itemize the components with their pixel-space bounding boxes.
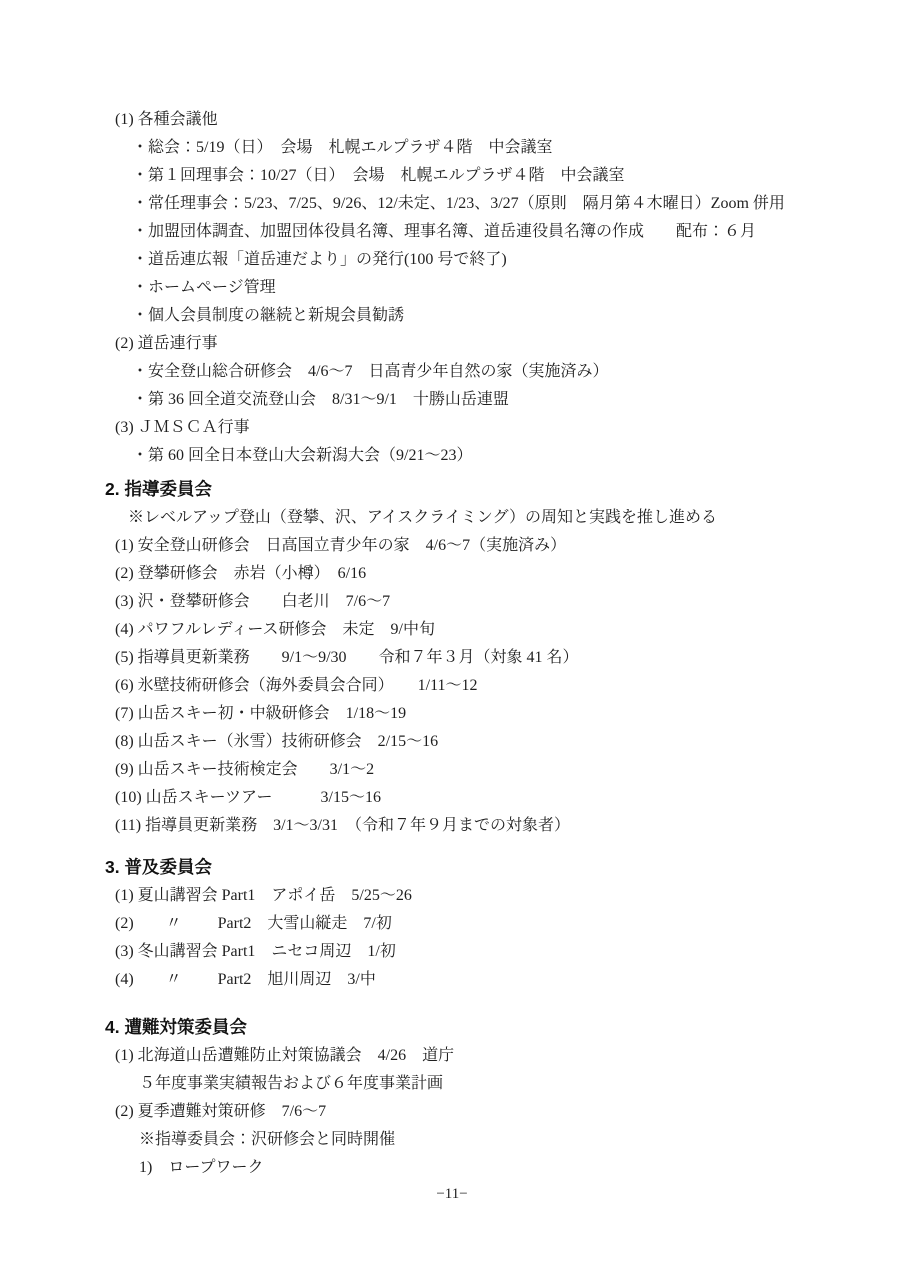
list-item: (1) 夏山講習会 Part1 アポイ岳 5/25～26 xyxy=(0,882,904,910)
list-item: (10) 山岳スキーツアー 3/15～16 xyxy=(0,784,904,812)
list-item: (11) 指導員更新業務 3/1～3/31 （令和７年９月までの対象者） xyxy=(0,812,904,840)
list-item: ・ホームページ管理 xyxy=(0,274,904,302)
list-item: ・第 36 回全道交流登山会 8/31～9/1 十勝山岳連盟 xyxy=(0,386,904,414)
list-item: (4) パワフルレディース研修会 未定 9/中旬 xyxy=(0,616,904,644)
list-item: (3) ＪＭＳＣＡ行事 xyxy=(0,414,904,442)
list-item: 1) ロープワーク xyxy=(0,1154,904,1182)
list-item: (7) 山岳スキー初・中級研修会 1/18～19 xyxy=(0,700,904,728)
list-item: ・常任理事会：5/23、7/25、9/26、12/未定、1/23、3/27（原則… xyxy=(0,190,904,218)
section-2: 2. 指導委員会 ※レベルアップ登山（登攀、沢、アイスクライミング）の周知と実践… xyxy=(0,474,904,840)
section-1: (1) 各種会議他 ・総会：5/19（日） 会場 札幌エルプラザ４階 中会議室 … xyxy=(0,106,904,470)
list-item: ・道岳連広報「道岳連だより」の発行(100 号で終了) xyxy=(0,246,904,274)
section-2-heading: 2. 指導委員会 xyxy=(0,474,904,504)
list-item: (1) 北海道山岳遭難防止対策協議会 4/26 道庁 xyxy=(0,1042,904,1070)
list-item: (5) 指導員更新業務 9/1～9/30 令和７年３月（対象 41 名） xyxy=(0,644,904,672)
note-line: ※指導委員会：沢研修会と同時開催 xyxy=(0,1126,904,1154)
section-3: 3. 普及委員会 (1) 夏山講習会 Part1 アポイ岳 5/25～26 (2… xyxy=(0,852,904,994)
list-item: (1) 安全登山研修会 日高国立青少年の家 4/6～7（実施済み） xyxy=(0,532,904,560)
list-item: (8) 山岳スキー（氷雪）技術研修会 2/15～16 xyxy=(0,728,904,756)
list-item: ・個人会員制度の継続と新規会員勧誘 xyxy=(0,302,904,330)
page-number: −11− xyxy=(0,1184,904,1204)
document-page: (1) 各種会議他 ・総会：5/19（日） 会場 札幌エルプラザ４階 中会議室 … xyxy=(0,0,904,1280)
list-item: (3) 冬山講習会 Part1 ニセコ周辺 1/初 xyxy=(0,938,904,966)
list-item: (6) 氷壁技術研修会（海外委員会合同） 1/11～12 xyxy=(0,672,904,700)
note-line: ※レベルアップ登山（登攀、沢、アイスクライミング）の周知と実践を推し進める xyxy=(0,504,904,532)
list-item: (1) 各種会議他 xyxy=(0,106,904,134)
section-3-heading: 3. 普及委員会 xyxy=(0,852,904,882)
list-item: (2) 登攀研修会 赤岩（小樽） 6/16 xyxy=(0,560,904,588)
section-4-heading: 4. 遭難対策委員会 xyxy=(0,1012,904,1042)
list-item: ・加盟団体調査、加盟団体役員名簿、理事名簿、道岳連役員名簿の作成 配布：６月 xyxy=(0,218,904,246)
list-item: (2) 夏季遭難対策研修 7/6～7 xyxy=(0,1098,904,1126)
list-item: ５年度事業実績報告および６年度事業計画 xyxy=(0,1070,904,1098)
list-item: (9) 山岳スキー技術検定会 3/1～2 xyxy=(0,756,904,784)
list-item: (2) 〃 Part2 大雪山縦走 7/初 xyxy=(0,910,904,938)
list-item: (3) 沢・登攀研修会 白老川 7/6～7 xyxy=(0,588,904,616)
list-item: ・総会：5/19（日） 会場 札幌エルプラザ４階 中会議室 xyxy=(0,134,904,162)
section-4: 4. 遭難対策委員会 (1) 北海道山岳遭難防止対策協議会 4/26 道庁 ５年… xyxy=(0,1012,904,1182)
list-item: ・安全登山総合研修会 4/6～7 日高青少年自然の家（実施済み） xyxy=(0,358,904,386)
list-item: (2) 道岳連行事 xyxy=(0,330,904,358)
list-item: ・第１回理事会：10/27（日） 会場 札幌エルプラザ４階 中会議室 xyxy=(0,162,904,190)
list-item: ・第 60 回全日本登山大会新潟大会（9/21～23） xyxy=(0,442,904,470)
document-content: (1) 各種会議他 ・総会：5/19（日） 会場 札幌エルプラザ４階 中会議室 … xyxy=(0,106,904,1182)
list-item: (4) 〃 Part2 旭川周辺 3/中 xyxy=(0,966,904,994)
